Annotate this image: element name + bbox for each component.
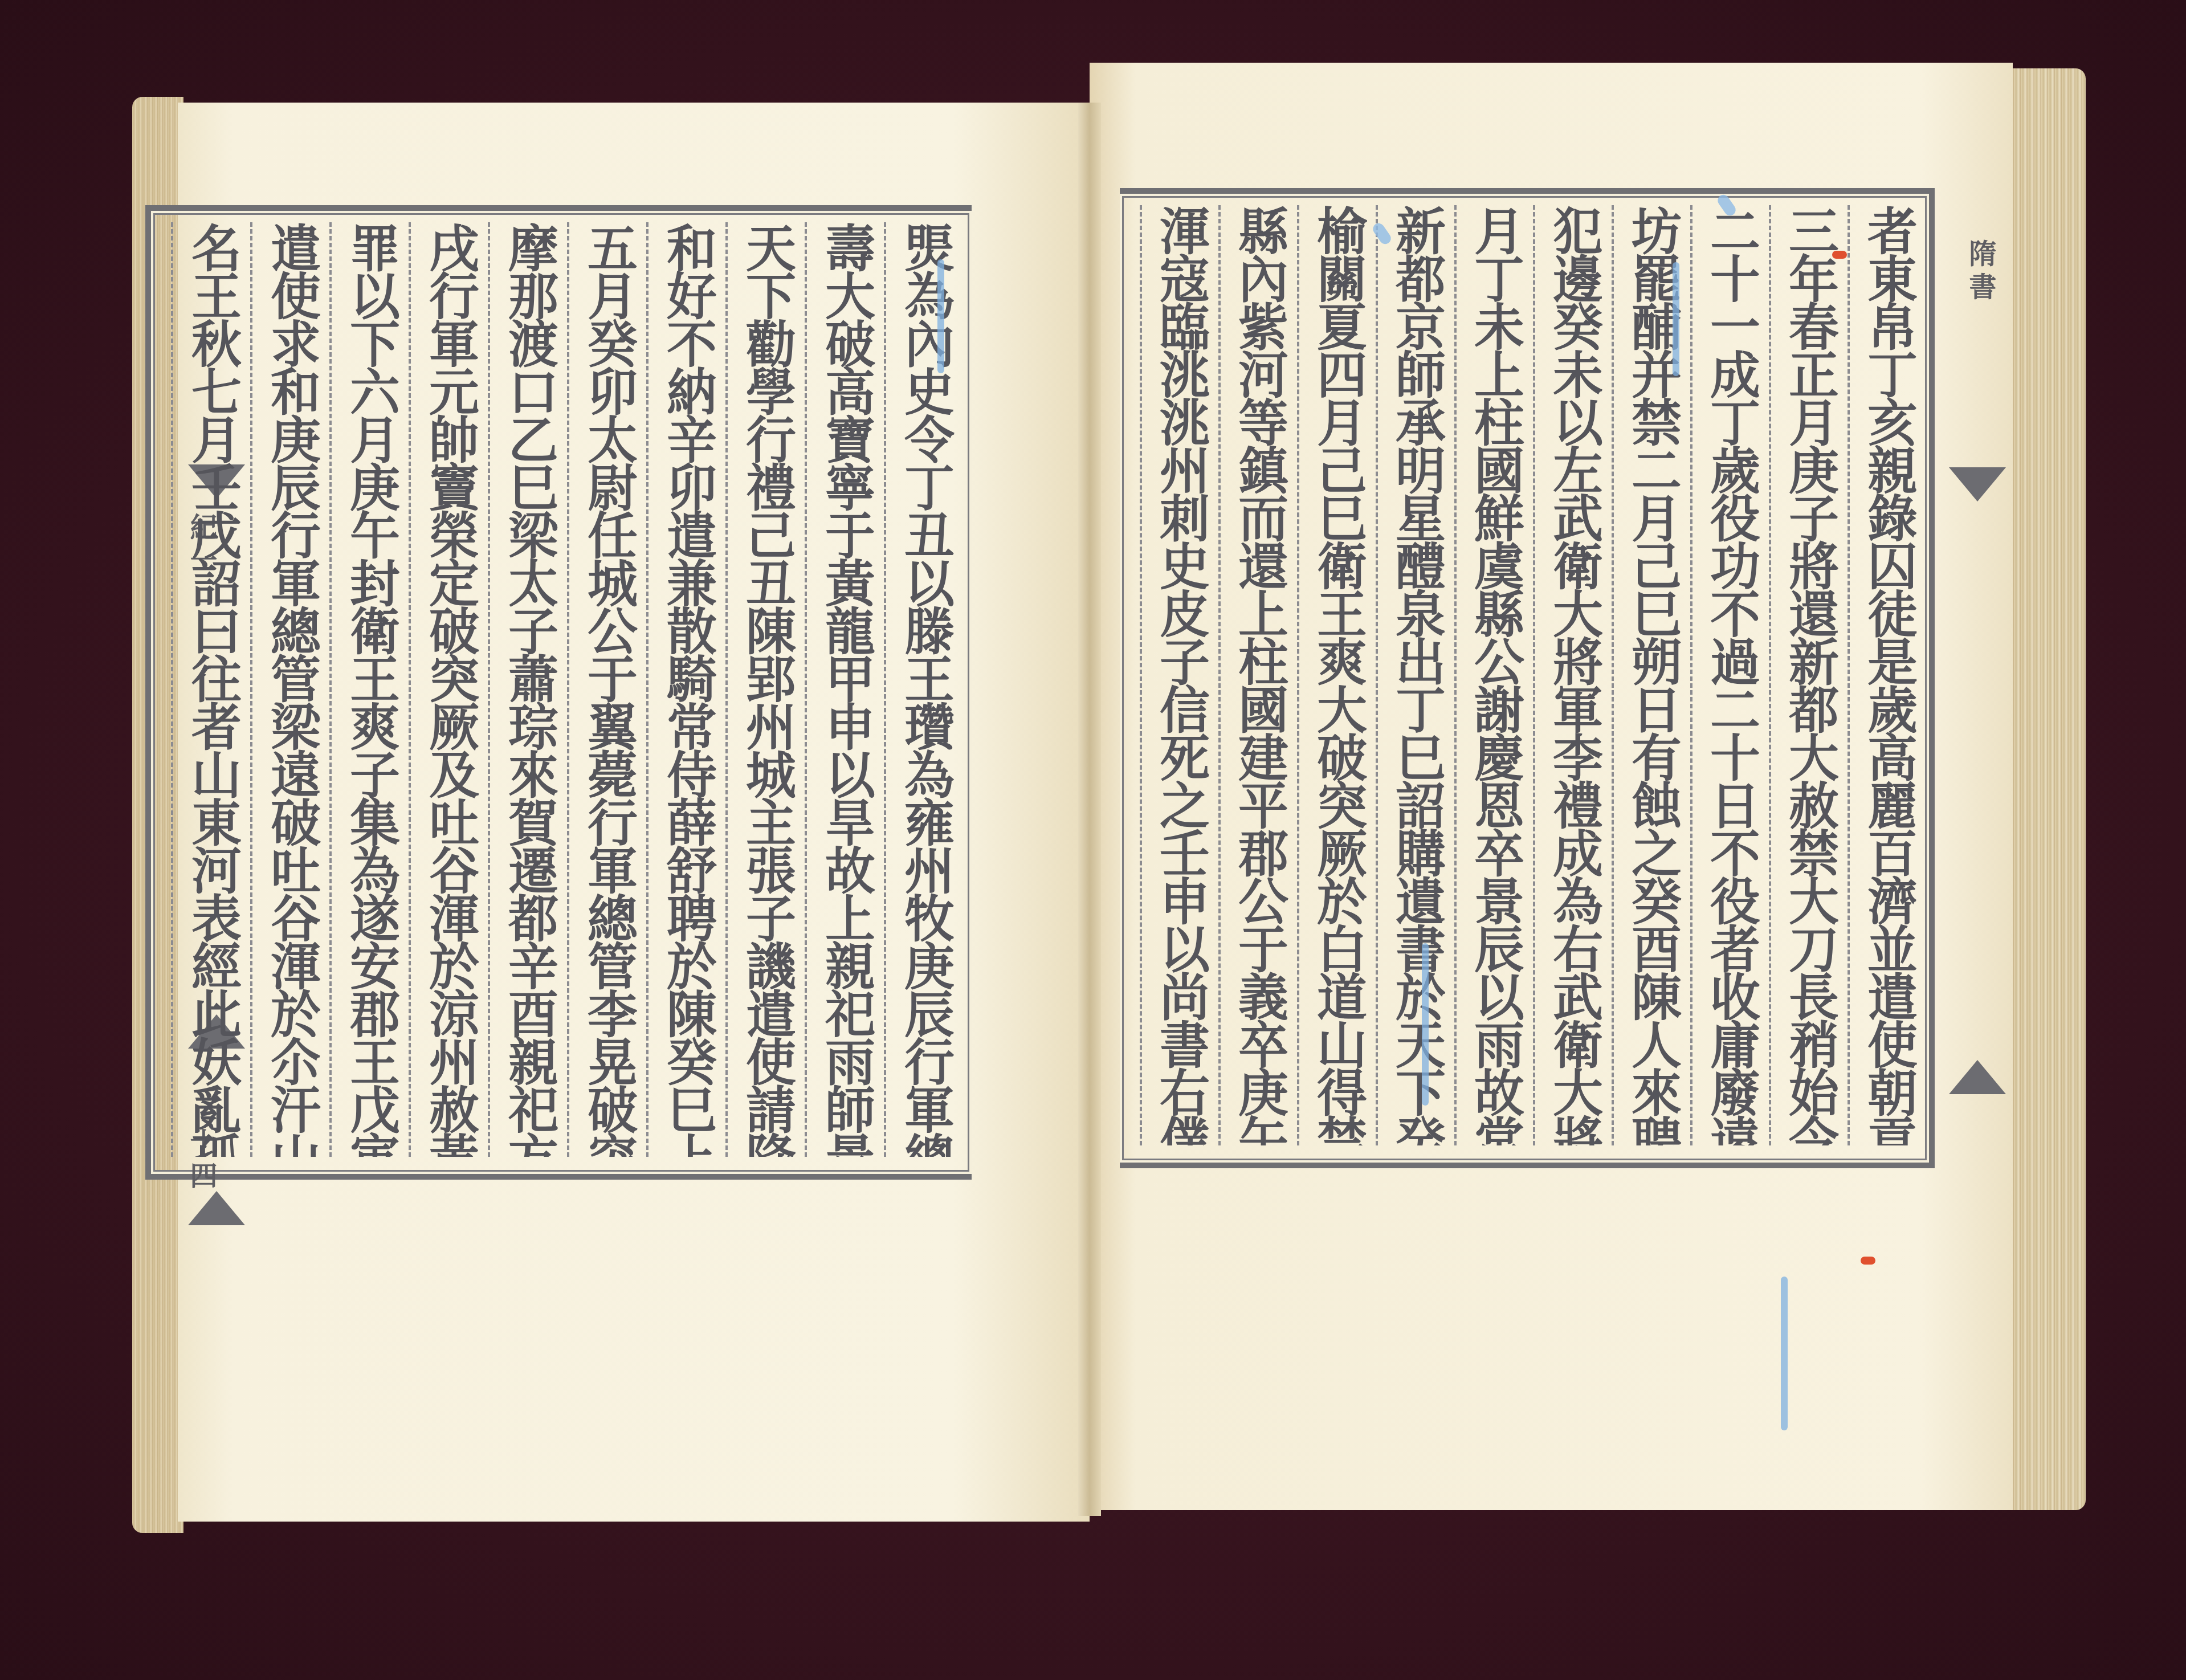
text-column: 摩那渡口乙巳梁太子蕭琮來賀遷都辛酉親祀方澤壬 [488,222,567,1157]
text-column: 渾寇臨洮洮州刺史皮子信死之壬申以尚書右僕射趙 [1140,205,1218,1145]
fishtail-ornament-icon [188,1191,245,1225]
text-column: 壽大破高寶寧于黃龍甲申以旱故上親祀雨師景戌詔 [805,222,884,1157]
text-column: 縣內紫河等鎮而還上柱國建平郡公于義卒庚午吐谷 [1218,205,1297,1145]
text-column: 三年春正月庚子將還新都大赦禁大刀長矟始令人以 [1769,205,1848,1145]
text-column: 戌行軍元帥竇榮定破突厥及吐谷渾於涼州赦黃龍死 [409,222,488,1157]
fishtail-ornament-icon [1949,1060,2006,1094]
text-column: 煚為內史令丁丑以滕王瓚為雍州牧庚辰行軍總管陰 [884,222,963,1157]
text-column: 者東帛丁亥親錄囚徒是歲高麗百濟並遣使朝貢 [1848,205,1926,1145]
blue-underline-mark [1673,262,1679,376]
text-column: 五月癸卯太尉任城公于翼薨行軍總管李晃破突厥於 [567,222,646,1157]
text-column: 二十一成丁歲役功不過二十日不役者收庸廢遠近酒 [1690,205,1769,1145]
text-column: 天下勸學行禮己丑陳郢州城主張子譏遣使請降上以 [725,222,805,1157]
book-gutter [1078,103,1101,1516]
text-column: 罪以下六月庚午封衛王爽子集為遂安郡王戊寅突厥 [329,222,409,1157]
text-column: 遣使求和庚辰行軍總管梁遠破吐谷渾於尒汗山斬其 [250,222,329,1157]
text-column: 榆關夏四月己巳衛王爽大破突厥於白道山得禁原陽 [1297,205,1376,1145]
right-page-text: 者東帛丁亥親錄囚徒是歲高麗百濟並遣使朝貢 三年春正月庚子將還新都大赦禁大刀長矟始… [1140,205,1926,1145]
blue-underline-mark [937,259,944,373]
blue-underline-mark [1781,1277,1788,1430]
red-annotation-mark [1832,251,1847,259]
fishtail-ornament-icon [1949,467,2006,501]
text-column: 犯邊癸未以左武衛大將軍李禮成為右武衛大將軍三 [1533,205,1612,1145]
text-column: 新都京師承明星醴泉出丁巳詔購遺書於天下癸亥城 [1376,205,1454,1145]
text-column: 名王秋七月壬戌詔曰往者山東河表經此妖亂孤城遠 [171,222,250,1157]
left-page-text: 煚為內史令丁丑以滕王瓚為雍州牧庚辰行軍總管陰 壽大破高寶寧于黃龍甲申以旱故上親祀… [171,222,963,1157]
text-column: 和好不納辛卯遣兼散騎常侍薛舒聘於陳癸巳上親雩 [646,222,725,1157]
text-column: 月丁未上柱國鮮虞縣公謝慶恩卒景辰以雨故常服入 [1454,205,1533,1145]
right-page-stack-edge [2000,68,2086,1510]
blue-underline-mark [1422,943,1429,1106]
right-banxin-title: 隋書 [1960,239,2000,410]
red-annotation-mark [1861,1257,1875,1265]
